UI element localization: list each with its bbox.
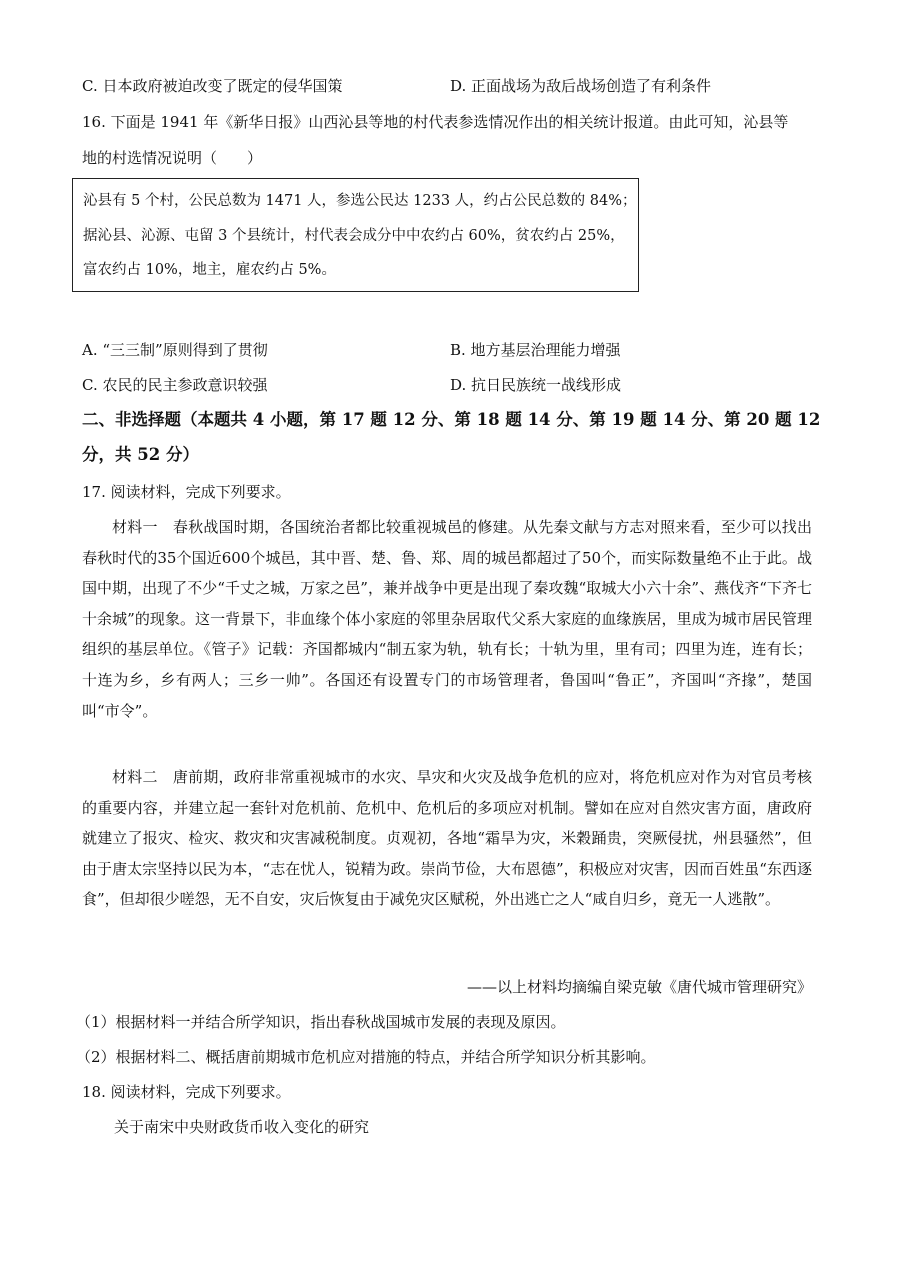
q16-data-box: 沁县有 5 个村，公民总数为 1471 人，参选公民达 1233 人，约占公民总…: [72, 178, 639, 292]
box-line-2: 据沁县、沁源、屯留 3 个县统计，村代表会成分中中农约占 60%，贫农约占 25…: [83, 226, 625, 246]
q16-option-d: D. 抗日民族统一战线形成: [450, 375, 621, 395]
box-line-3: 富农约占 10%，地主，雇农约占 5%。: [83, 260, 336, 280]
material2-text: 材料二 唐前期，政府非常重视城市的水灾、旱灾和火灾及战争危机的应对，将危机应对作…: [82, 762, 812, 915]
q18-stem: 18. 阅读材料，完成下列要求。: [82, 1082, 291, 1102]
q17-sub1: （1）根据材料一并结合所学知识，指出春秋战国城市发展的表现及原因。: [76, 1012, 566, 1032]
material1-text: 材料一 春秋战国时期，各国统治者都比较重视城邑的修建。从先秦文献与方志对照来看，…: [82, 512, 812, 726]
q18-title: 关于南宋中央财政货币收入变化的研究: [114, 1117, 369, 1137]
q15-option-c: C. 日本政府被迫改变了既定的侵华国策: [82, 76, 342, 96]
q17-material1: 材料一 春秋战国时期，各国统治者都比较重视城邑的修建。从先秦文献与方志对照来看，…: [82, 512, 812, 726]
q16-stem-line1: 16. 下面是 1941 年《新华日报》山西沁县等地的村代表参选情况作出的相关统…: [82, 112, 788, 132]
q17-material2: 材料二 唐前期，政府非常重视城市的水灾、旱灾和火灾及战争危机的应对，将危机应对作…: [82, 762, 812, 915]
q16-option-c: C. 农民的民主参政意识较强: [82, 375, 267, 395]
q16-stem-line2: 地的村选情况说明（ ）: [82, 148, 262, 168]
box-line-1: 沁县有 5 个村，公民总数为 1471 人，参选公民达 1233 人，约占公民总…: [83, 191, 637, 211]
q15-option-d: D. 正面战场为敌后战场创造了有利条件: [450, 76, 711, 96]
q16-option-b: B. 地方基层治理能力增强: [450, 340, 621, 360]
section2-heading-line1: 二、非选择题（本题共 4 小题，第 17 题 12 分、第 18 题 14 分、…: [82, 410, 820, 430]
section2-heading-line2: 分，共 52 分）: [82, 445, 199, 465]
material-source: ——以上材料均摘编自梁克敏《唐代城市管理研究》: [467, 977, 812, 997]
q17-sub2: （2）根据材料二、概括唐前期城市危机应对措施的特点，并结合所学知识分析其影响。: [76, 1047, 656, 1067]
q17-stem: 17. 阅读材料，完成下列要求。: [82, 482, 291, 502]
q16-option-a: A. “三三制”原则得到了贯彻: [82, 340, 268, 360]
